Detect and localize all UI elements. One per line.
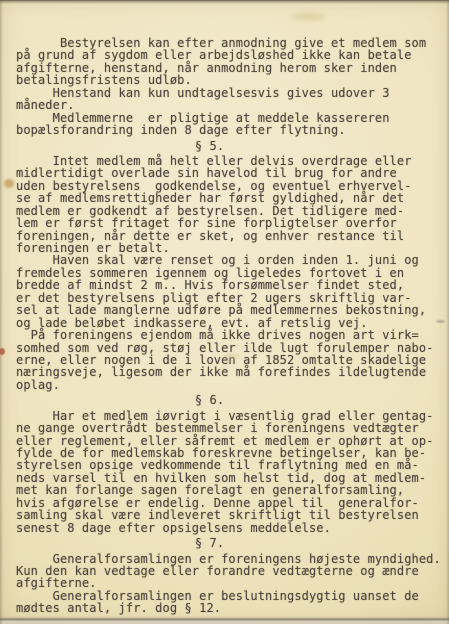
text-line: senest 8 dage efter opsigelsens meddelel… bbox=[16, 522, 449, 534]
text-line: lem er først fritaget for sine forpligte… bbox=[16, 217, 449, 229]
section-heading: § 7. bbox=[16, 537, 449, 549]
section-heading: § 5. bbox=[16, 140, 449, 152]
text-line: på grund af sygdom eller arbejdsløshed i… bbox=[16, 49, 449, 61]
text-line: oplag. bbox=[16, 379, 449, 391]
text-line: samling skal være indleveret skriftligt … bbox=[16, 509, 449, 521]
text-line: midlertidigt overlade sin havelod til br… bbox=[16, 167, 449, 179]
section-heading: § 6. bbox=[16, 394, 449, 406]
text-line: mødtes antal, jfr. dog § 12. bbox=[16, 602, 449, 614]
text-line: sel at lade manglerne udføre på medlemme… bbox=[16, 304, 449, 316]
text-line: styrelsen opsige vedkommende til fraflyt… bbox=[16, 459, 449, 471]
scanned-typewritten-page: Bestyrelsen kan efter anmodning give et … bbox=[0, 0, 449, 624]
scan-edge-bottom bbox=[0, 616, 449, 624]
document-text-block: Bestyrelsen kan efter anmodning give et … bbox=[0, 0, 449, 615]
text-line: næringsveje, ligesom der ikke må forefin… bbox=[16, 366, 449, 378]
text-line: bredde af mindst 2 m.. Hvis forsømmelser… bbox=[16, 279, 449, 291]
text-line: måneder. bbox=[16, 99, 449, 111]
text-line: met kan forlange sagen forelagt en gener… bbox=[16, 484, 449, 496]
text-line: se af medlemsrettigheder har først gyldi… bbox=[16, 192, 449, 204]
text-line: På foreningens ejendom må ikke drives no… bbox=[16, 329, 449, 341]
text-line: Henstand kan kun undtagelsesvis gives ud… bbox=[16, 87, 449, 99]
text-line: bopælsforandring inden 8 dage efter flyt… bbox=[16, 124, 449, 136]
text-line: ne gange overtrådt bestemmelser i foreni… bbox=[16, 422, 449, 434]
text-line: Haven skal være renset og i orden inden … bbox=[16, 254, 449, 266]
text-line: afgifterne. bbox=[16, 577, 449, 589]
text-line: betalingsfristens udløb. bbox=[16, 74, 449, 86]
